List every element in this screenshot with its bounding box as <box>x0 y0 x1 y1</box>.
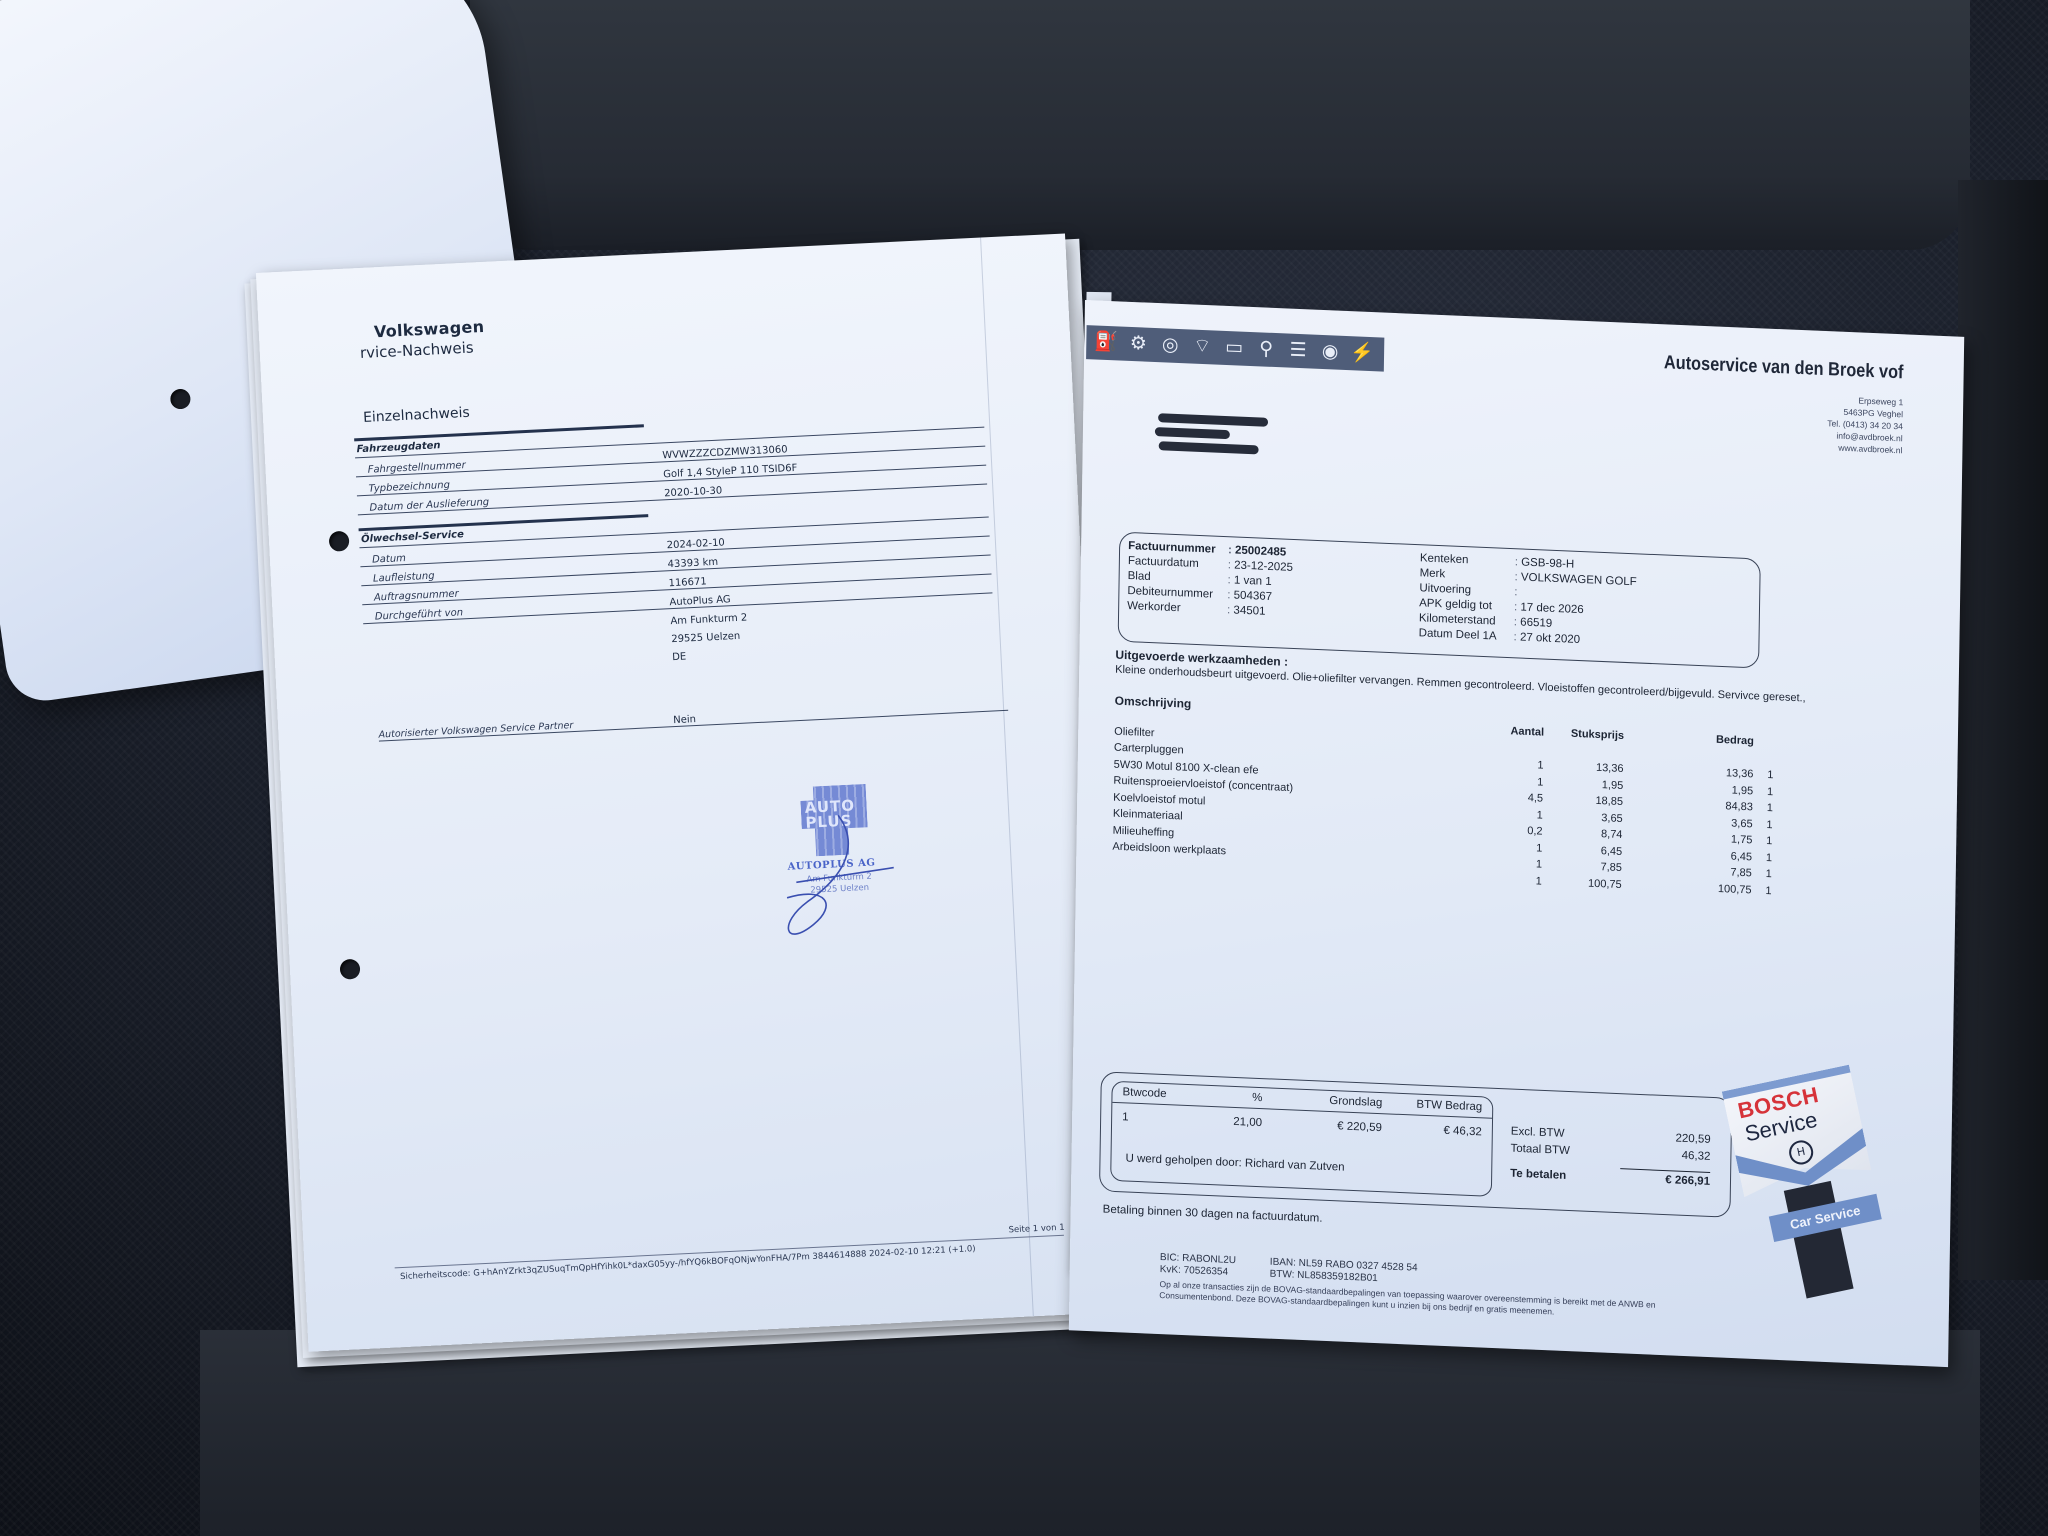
item-qty: 0,2 <box>1492 824 1542 838</box>
fold-line <box>980 238 1034 1317</box>
item-unit-price: 1,95 <box>1543 776 1623 791</box>
item-unit-price: 100,75 <box>1542 875 1622 890</box>
item-vat-code: 1 <box>1753 769 1773 782</box>
meta-value: 66519 <box>1514 615 1553 632</box>
item-unit-price: 7,85 <box>1542 859 1622 874</box>
item-qty: 4,5 <box>1493 791 1543 805</box>
item-qty: 1 <box>1494 758 1544 772</box>
bank-details: BIC: RABONL2U KvK: 70526354 IBAN: NL59 R… <box>1160 1252 1236 1279</box>
service-icon-strip: ⛽⚙◎⌔▭⚲☰◉⚡ <box>1086 325 1384 371</box>
seat-side-bolster <box>1958 180 2048 1280</box>
seat-backrest <box>470 0 1970 250</box>
item-amount: 100,75 <box>1622 879 1752 896</box>
item-qty: 1 <box>1492 873 1542 887</box>
work-performed-text: Kleine onderhoudsbeurt uitgevoerd. Olie+… <box>1115 664 1815 706</box>
item-unit-price <box>1544 749 1624 752</box>
item-unit-price: 3,65 <box>1543 809 1623 824</box>
signature <box>763 803 899 939</box>
invoice-meta: Factuurnummer25002485Factuurdatum23-12-2… <box>1127 539 1388 625</box>
helped-by: U werd geholpen door: Richard van Zutven <box>1125 1152 1344 1173</box>
row-label <box>366 663 673 678</box>
item-qty: 1 <box>1493 774 1543 788</box>
vat-table: Btwcode % Grondslag BTW Bedrag 1 21,00 €… <box>1110 1081 1493 1197</box>
meta-label: Werkorder <box>1127 599 1227 618</box>
logo-pole <box>1784 1181 1854 1299</box>
item-unit-price: 18,85 <box>1543 793 1623 808</box>
company-address: Erpseweg 15463PG VeghelTel. (0413) 34 20… <box>1827 393 1903 456</box>
vehicle-meta: KentekenGSB-98-HMerkVOLKSWAGEN GOLFUitvo… <box>1419 551 1740 654</box>
windshield-wiper-icon: ⌔ <box>1188 329 1217 364</box>
item-unit-price: 6,45 <box>1542 842 1622 857</box>
item-qty: 1 <box>1492 840 1542 854</box>
item-qty: 1 <box>1492 857 1542 871</box>
line-items-table: Aantal Stuksprijs Bedrag OliefilterCarte… <box>1112 707 1774 900</box>
engine-icon: ⚙ <box>1124 327 1153 362</box>
vw-service-record-stack: Volkswagen rvice-Nachweis Einzelnachweis… <box>215 210 1189 1374</box>
item-vat-code: 1 <box>1752 868 1772 881</box>
punch-hole <box>169 388 192 411</box>
row-value: 116671 <box>668 576 707 589</box>
page-number: Seite 1 von 1 <box>1008 1223 1065 1236</box>
item-unit-price: 13,36 <box>1543 760 1623 775</box>
item-qty: 1 <box>1493 807 1543 821</box>
service-partner-row: Autorisierter Volkswagen Service Partner… <box>378 692 1008 742</box>
row-value: Nein <box>673 714 696 726</box>
item-qty <box>1494 747 1544 749</box>
meta-label: Datum Deel 1A <box>1419 626 1514 645</box>
item-vat-code: 1 <box>1752 851 1772 864</box>
redacted-customer-name <box>1158 413 1268 427</box>
meta-value: 27 okt 2020 <box>1513 630 1580 648</box>
totals: Excl. BTW 220,59 Totaal BTW 46,32 Te bet… <box>1510 1126 1711 1193</box>
brake-disc-icon: ◎ <box>1156 328 1185 363</box>
item-amount <box>1624 753 1754 758</box>
item-vat-code: 1 <box>1753 785 1773 798</box>
invoice-info-box: Factuurnummer25002485Factuurdatum23-12-2… <box>1118 532 1761 669</box>
redacted-customer-city <box>1159 441 1259 454</box>
col-qty: Aantal <box>1494 725 1544 739</box>
item-unit-price: 8,74 <box>1542 826 1622 841</box>
document-subtitle: rvice-Nachweis <box>360 338 474 362</box>
item-vat-code: 1 <box>1751 884 1771 897</box>
row-value: DE <box>672 651 687 663</box>
oil-can-icon: ⛽ <box>1092 325 1121 360</box>
payment-terms: Betaling binnen 30 dagen na factuurdatum… <box>1103 1204 1323 1225</box>
vehicle-data-section: Fahrzeugdaten FahrgestellnummerWVWZZZCDZ… <box>354 408 987 516</box>
item-vat-code: 1 <box>1753 818 1773 831</box>
punch-hole <box>329 531 350 552</box>
brand-title: Volkswagen <box>373 317 484 341</box>
company-name: Autoservice van den Broek vof <box>1664 352 1904 384</box>
address-line: www.avdbroek.nl <box>1827 441 1903 456</box>
punch-hole <box>340 959 361 980</box>
row-label: Autorisierter Volkswagen Service Partner <box>378 715 673 740</box>
battery-icon: ▭ <box>1220 331 1249 366</box>
item-vat-code <box>1754 758 1774 759</box>
vat-summary-box: Btwcode % Grondslag BTW Bedrag 1 21,00 €… <box>1099 1071 1732 1217</box>
headlight-icon: ☰ <box>1284 333 1313 368</box>
vw-service-record: Volkswagen rvice-Nachweis Einzelnachweis… <box>256 233 1118 1351</box>
oil-service-section: Ölwechsel-Service Datum2024-02-10Lauflei… <box>359 498 996 679</box>
meta-value <box>1514 585 1517 600</box>
col-price: Stuksprijs <box>1544 727 1624 742</box>
bovag-terms: Op al onze transacties zijn de BOVAG-sta… <box>1159 1279 1679 1323</box>
document-type: Einzelnachweis <box>363 405 470 426</box>
spark-plug-icon: ⚡ <box>1348 336 1377 371</box>
exhaust-sensor-icon: ⚲ <box>1252 332 1281 367</box>
meta-value: 34501 <box>1227 603 1266 620</box>
wheel-icon: ◉ <box>1316 335 1345 370</box>
item-vat-code: 1 <box>1753 802 1773 815</box>
item-vat-code: 1 <box>1752 835 1772 848</box>
row-value: 2020-10-30 <box>664 486 723 500</box>
redacted-customer-street <box>1155 427 1230 439</box>
